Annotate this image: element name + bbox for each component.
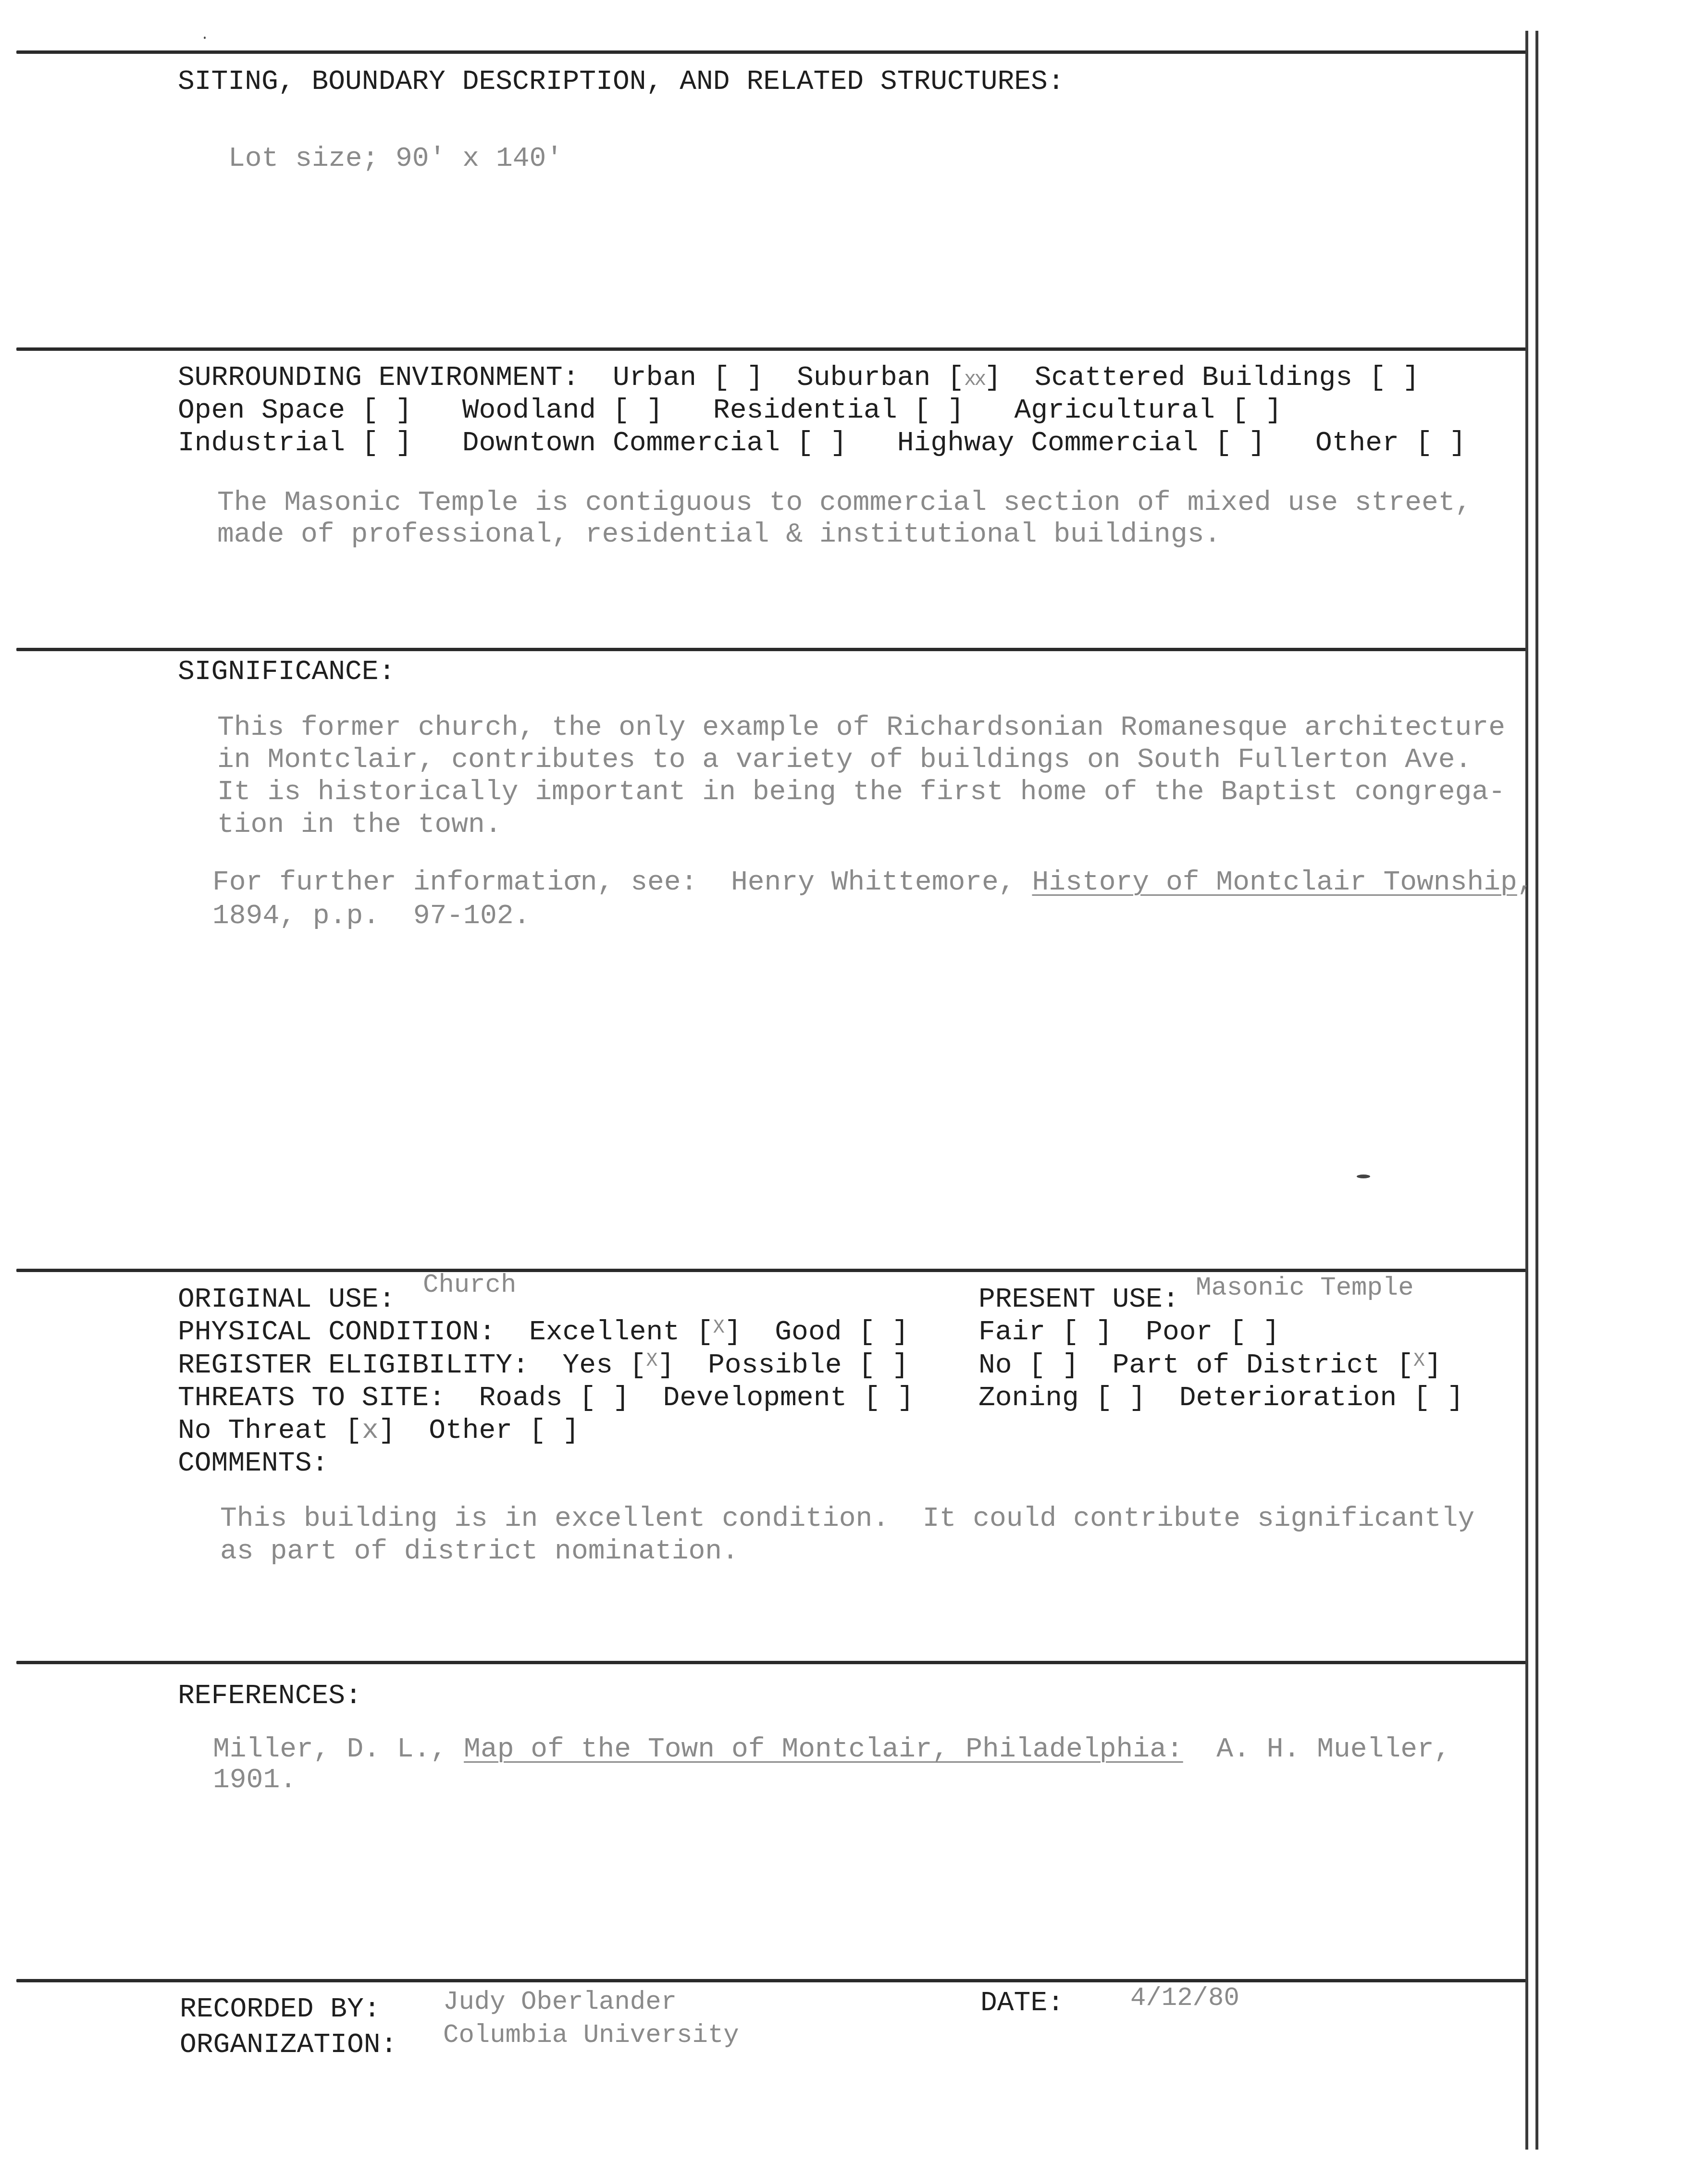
surrounding-row-2: Open Space [ ] Woodland [ ] Residential … xyxy=(178,397,1282,425)
threats-label: THREATS TO SITE: xyxy=(178,1383,446,1414)
option-poor[interactable]: Poor [ ] xyxy=(1146,1317,1279,1348)
reference-line-1: Miller, D. L., Map of the Town of Montcl… xyxy=(213,1736,1451,1764)
map-of-montclair-title: Map of the Town of Montclair, Philadelph… xyxy=(464,1734,1183,1765)
original-use-value: Church xyxy=(423,1272,516,1299)
section-divider-footer xyxy=(16,1979,1527,1982)
option-urban[interactable]: Urban [ ] xyxy=(613,362,763,394)
threats-row-2: No Threat [x] Other [ ] xyxy=(178,1417,579,1445)
section-divider-top xyxy=(16,50,1527,54)
option-fair[interactable]: Fair [ ] xyxy=(978,1317,1112,1348)
recorded-by-value: Judy Oberlander xyxy=(443,1989,677,2016)
option-possible[interactable]: Possible [ ] xyxy=(708,1350,909,1381)
section-divider-references xyxy=(16,1661,1527,1664)
date-label: DATE: xyxy=(980,1990,1064,2017)
option-scattered-buildings[interactable]: Scattered Buildings [ ] xyxy=(1035,362,1420,394)
recorded-by-label: RECORDED BY: xyxy=(180,1996,381,2024)
section-divider-use xyxy=(16,1269,1527,1272)
further-information-line-2: 1894, p.p. 97-102. xyxy=(212,903,530,930)
organization-label: ORGANIZATION: xyxy=(180,2031,397,2059)
surrounding-description-line-1: The Masonic Temple is contiguous to comm… xyxy=(217,489,1472,517)
option-suburban[interactable]: Suburban [xx] xyxy=(797,362,1001,394)
option-yes[interactable]: Yes [X] xyxy=(563,1350,675,1381)
option-zoning[interactable]: Zoning [ ] xyxy=(978,1383,1146,1414)
option-woodland[interactable]: Woodland [ ] xyxy=(462,395,663,426)
present-use-value: Masonic Temple xyxy=(1196,1274,1414,1302)
comments-line-1: This building is in excellent condition.… xyxy=(220,1505,1474,1533)
option-industrial[interactable]: Industrial [ ] xyxy=(178,428,412,459)
surrounding-label: SURROUNDING ENVIRONMENT: xyxy=(178,362,579,394)
option-no-threat[interactable]: No Threat [x] xyxy=(178,1415,396,1447)
part-of-district-check-mark: X xyxy=(1413,1350,1425,1372)
register-eligibility-label: REGISTER ELIGIBILITY: xyxy=(178,1350,529,1381)
option-roads[interactable]: Roads [ ] xyxy=(479,1383,630,1414)
original-use-label: ORIGINAL USE: xyxy=(178,1286,395,1314)
organization-value: Columbia University xyxy=(443,2022,739,2050)
yes-check-mark: X xyxy=(646,1350,658,1372)
significance-label: SIGNIFICANCE: xyxy=(178,658,395,686)
reference-line-2: 1901. xyxy=(213,1767,297,1794)
section-divider-surrounding xyxy=(16,347,1527,351)
option-no[interactable]: No [ ] xyxy=(978,1350,1079,1381)
register-eligibility-row: REGISTER ELIGIBILITY: Yes [X] Possible [… xyxy=(178,1352,909,1382)
section-divider-significance xyxy=(16,648,1527,651)
significance-line-3: It is historically important in being th… xyxy=(217,779,1505,806)
surrounding-row-3: Industrial [ ] Downtown Commercial [ ] H… xyxy=(178,430,1466,458)
physical-condition-row-right: Fair [ ] Poor [ ] xyxy=(978,1319,1280,1347)
present-use-label: PRESENT USE: xyxy=(978,1286,1179,1314)
comments-label: COMMENTS: xyxy=(178,1450,328,1478)
option-residential[interactable]: Residential [ ] xyxy=(713,395,964,426)
option-excellent[interactable]: Excellent [X] xyxy=(529,1317,742,1348)
option-other-threat[interactable]: Other [ ] xyxy=(429,1415,579,1447)
siting-label: SITING, BOUNDARY DESCRIPTION, AND RELATE… xyxy=(178,68,1064,96)
excellent-check-mark: X xyxy=(713,1317,725,1339)
stray-ink-mark xyxy=(1357,1175,1370,1178)
option-deterioration[interactable]: Deterioration [ ] xyxy=(1179,1383,1464,1414)
threats-row: THREATS TO SITE: Roads [ ] Development [… xyxy=(178,1385,914,1412)
date-value: 4/12/80 xyxy=(1130,1985,1239,2013)
physical-condition-row: PHYSICAL CONDITION: Excellent [X] Good [… xyxy=(178,1319,909,1349)
option-good[interactable]: Good [ ] xyxy=(775,1317,908,1348)
suburban-check-mark: xx xyxy=(964,368,984,391)
history-of-montclair-title: History of Montclair Township xyxy=(1032,867,1517,898)
no-threat-check-mark: x xyxy=(362,1415,379,1447)
right-border-outer xyxy=(1535,31,1538,2150)
surrounding-row-1: SURROUNDING ENVIRONMENT: Urban [ ] Subur… xyxy=(178,364,1419,394)
lot-size-value: Lot size; 90' x 140' xyxy=(228,145,563,173)
comments-line-2: as part of district nomination. xyxy=(220,1538,739,1566)
option-development[interactable]: Development [ ] xyxy=(663,1383,914,1414)
option-downtown-commercial[interactable]: Downtown Commercial [ ] xyxy=(462,428,847,459)
register-eligibility-row-right: No [ ] Part of District [X] xyxy=(978,1352,1442,1382)
threats-row-right: Zoning [ ] Deterioration [ ] xyxy=(978,1385,1463,1412)
option-part-of-district[interactable]: Part of District [X] xyxy=(1113,1350,1442,1381)
significance-line-1: This former church, the only example of … xyxy=(217,714,1505,742)
right-border-inner xyxy=(1525,31,1528,2150)
further-information-line-1: For further informatiσn, see: Henry Whit… xyxy=(212,869,1534,897)
option-agricultural[interactable]: Agricultural [ ] xyxy=(1014,395,1282,426)
physical-condition-label: PHYSICAL CONDITION: xyxy=(178,1317,495,1348)
option-highway-commercial[interactable]: Highway Commercial [ ] xyxy=(897,428,1265,459)
surrounding-description-line-2: made of professional, residential & inst… xyxy=(217,521,1221,549)
significance-line-2: in Montclair, contributes to a variety o… xyxy=(217,746,1472,774)
significance-line-4: tion in the town. xyxy=(217,811,502,839)
option-open-space[interactable]: Open Space [ ] xyxy=(178,395,412,426)
stray-ink-dot xyxy=(204,37,206,39)
option-other-environment[interactable]: Other [ ] xyxy=(1315,428,1466,459)
references-label: REFERENCES: xyxy=(178,1682,362,1710)
